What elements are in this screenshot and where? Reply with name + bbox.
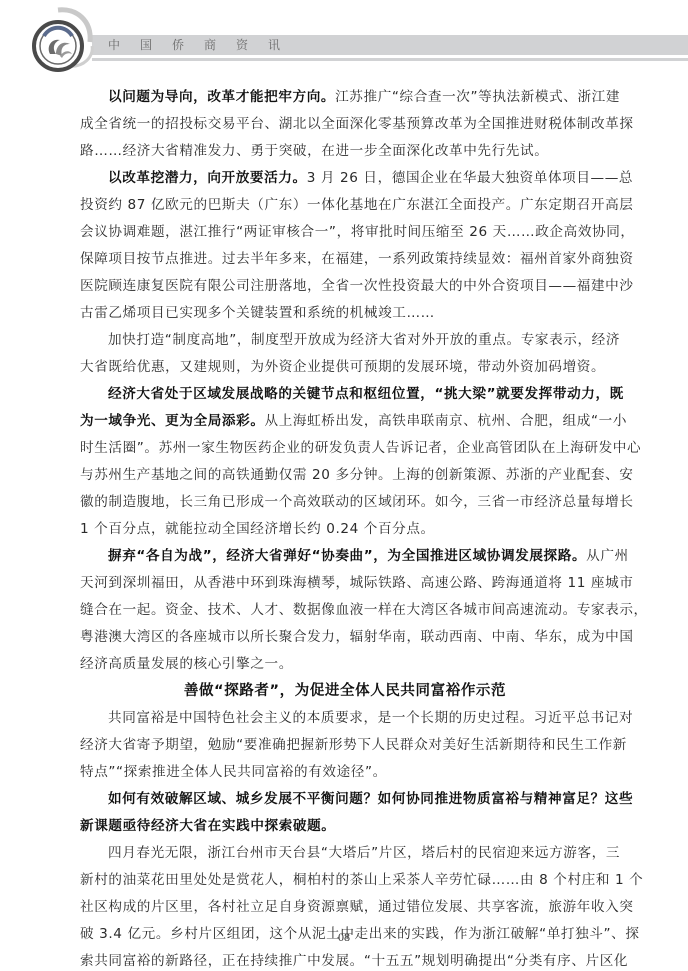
bold-lead-sentence: 以问题为导向，改革才能把牢方向。 (108, 89, 335, 105)
text-line: 医院顾连康复医院有限公司注册落地，全省一次性投资最大的中外合资项目——福建中沙 (80, 273, 610, 300)
body-text: 社区构成的片区里，各村社立足自身资源禀赋，通过错位发展、共享客流，旅游年收入突 (80, 899, 634, 915)
body-text: 会议协调难题，湛江推行“两证审核合一”，将审批时间压缩至 26 天……政企高效协… (80, 224, 635, 240)
text-line: 新课题亟待经济大省在实践中探索破题。 (80, 813, 610, 840)
body-text: 路……经济大省精准发力、勇于突破，在进一步全面深化改革中先行先试。 (80, 143, 548, 159)
body-text: 索共同富裕的新路径，正在持续推广中发展。“十五五”规划明确提出“分类有序、片区化 (80, 953, 628, 969)
text-line: 特点”“探索推进全体人民共同富裕的有效途径”。 (80, 759, 610, 786)
publication-title: 中国侨商资讯 (108, 36, 300, 54)
paragraph: 以问题为导向，改革才能把牢方向。江苏推广“综合查一次”等执法新模式、浙江建成全省… (80, 84, 610, 165)
page-header: 中国侨商资讯 (0, 0, 688, 70)
text-line: 徽的制造腹地，长三角已形成一个高效联动的区域闭环。如今，三省一市经济总量每增长 (80, 489, 610, 516)
text-line: 1 个百分点，就能拉动全国经济增长约 0.24 个百分点。 (80, 516, 610, 543)
body-text: 投资约 87 亿欧元的巴斯夫（广东）一体化基地在广东湛江全面投产。广东定期召开高… (80, 197, 634, 213)
text-line: 成全省统一的招投标交易平台、湖北以全面深化零基预算改革为全国推进财税体制改革探 (80, 111, 610, 138)
paragraph: 如何有效破解区域、城乡发展不平衡问题？如何协同推进物质富裕与精神富足？这些新课题… (80, 786, 610, 840)
text-line: 缝合在一起。资金、技术、人才、数据像血液一样在大湾区各城市间高速流动。专家表示， (80, 597, 610, 624)
body-text: 医院顾连康复医院有限公司注册落地，全省一次性投资最大的中外合资项目——福建中沙 (80, 278, 634, 294)
text-line: 时生活圈”。苏州一家生物医药企业的研发负责人告诉记者，企业高管团队在上海研发中心 (80, 435, 610, 462)
text-line: 经济大省处于区域发展战略的关键节点和枢纽位置，“挑大梁”就要发挥带动力，既 (80, 381, 610, 408)
bold-lead-sentence: 摒弃“各自为战”，经济大省弹好“协奏曲”，为全国推进区域协调发展探路。 (108, 548, 586, 564)
body-text: 江苏推广“综合查一次”等执法新模式、浙江建 (335, 89, 620, 105)
body-text: 四月春光无限，浙江台州市天台县“大塔后”片区，塔后村的民宿迎来远方游客，三 (108, 845, 620, 861)
bold-lead-sentence: 以改革挖潜力，向开放要活力。 (108, 170, 307, 186)
bold-lead-sentence: 为一域争光、更为全局添彩。 (80, 413, 265, 429)
paragraph: 以改革挖潜力，向开放要活力。3 月 26 日，德国企业在华最大独资单体项目——总… (80, 165, 610, 327)
body-text: 徽的制造腹地，长三角已形成一个高效联动的区域闭环。如今，三省一市经济总量每增长 (80, 494, 634, 510)
body-text: 大省既给优惠，又建规则，为外资企业提供可预期的发展环境，带动外资加码增资。 (80, 359, 605, 375)
body-text: 经济高质量发展的核心引擎之一。 (80, 656, 293, 672)
text-line: 经济大省寄予期望，勉励“要准确把握新形势下人民群众对美好生活新期待和民生工作新 (80, 732, 610, 759)
body-text: 加快打造“制度高地”，制度型开放成为经济大省对外开放的重点。专家表示，经济 (108, 332, 620, 348)
text-line: 投资约 87 亿欧元的巴斯夫（广东）一体化基地在广东湛江全面投产。广东定期召开高… (80, 192, 610, 219)
body-text: 经济大省寄予期望，勉励“要准确把握新形势下人民群众对美好生活新期待和民生工作新 (80, 737, 627, 753)
text-line: 四月春光无限，浙江台州市天台县“大塔后”片区，塔后村的民宿迎来远方游客，三 (80, 840, 610, 867)
paragraph: 摒弃“各自为战”，经济大省弹好“协奏曲”，为全国推进区域协调发展探路。从广州天河… (80, 543, 610, 678)
body-text: 保障项目按节点推进。过去半年多来，在福建，一系列政策持续显效：福州首家外商独资 (80, 251, 634, 267)
header-rule (92, 58, 688, 61)
text-line: 保障项目按节点推进。过去半年多来，在福建，一系列政策持续显效：福州首家外商独资 (80, 246, 610, 273)
body-text: 新村的油菜花田里处处是赏花人，桐柏村的茶山上采茶人辛劳忙碌……由 8 个村庄和 … (80, 872, 643, 888)
text-line: 天河到深圳福田，从香港中环到珠海横琴，城际铁路、高速公路、跨海通道将 11 座城… (80, 570, 610, 597)
body-text: 3 月 26 日，德国企业在华最大独资单体项目——总 (307, 170, 633, 186)
paragraph: 四月春光无限，浙江台州市天台县“大塔后”片区，塔后村的民宿迎来远方游客，三新村的… (80, 840, 610, 971)
page-number: 08 (0, 930, 688, 945)
text-line: 大省既给优惠，又建规则，为外资企业提供可预期的发展环境，带动外资加码增资。 (80, 354, 610, 381)
text-line: 古雷乙烯项目已实现多个关键装置和系统的机械竣工…… (80, 300, 610, 327)
text-line: 以改革挖潜力，向开放要活力。3 月 26 日，德国企业在华最大独资单体项目——总 (80, 165, 610, 192)
body-text: 共同富裕是中国特色社会主义的本质要求，是一个长期的历史过程。习近平总书记对 (108, 710, 633, 726)
text-line: 索共同富裕的新路径，正在持续推广中发展。“十五五”规划明确提出“分类有序、片区化 (80, 948, 610, 971)
text-line: 路……经济大省精准发力、勇于突破，在进一步全面深化改革中先行先试。 (80, 138, 610, 165)
body-text: 古雷乙烯项目已实现多个关键装置和系统的机械竣工…… (80, 305, 435, 321)
text-line: 社区构成的片区里，各村社立足自身资源禀赋，通过错位发展、共享客流，旅游年收入突 (80, 894, 610, 921)
bold-lead-sentence: 经济大省处于区域发展战略的关键节点和枢纽位置，“挑大梁”就要发挥带动力，既 (108, 386, 624, 402)
body-text: 从上海虹桥出发，高铁串联南京、杭州、合肥，组成“一小 (265, 413, 627, 429)
body-text: 粤港澳大湾区的各座城市以所长聚合发力，辐射华南，联动西南、中南、华东，成为中国 (80, 629, 634, 645)
body-text: 从广州 (586, 548, 629, 564)
text-line: 会议协调难题，湛江推行“两证审核合一”，将审批时间压缩至 26 天……政企高效协… (80, 219, 610, 246)
body-text: 天河到深圳福田，从香港中环到珠海横琴，城际铁路、高速公路、跨海通道将 11 座城… (80, 575, 634, 591)
body-text: 特点”“探索推进全体人民共同富裕的有效途径”。 (80, 764, 387, 780)
text-line: 粤港澳大湾区的各座城市以所长聚合发力，辐射华南，联动西南、中南、华东，成为中国 (80, 624, 610, 651)
bold-lead-sentence: 新课题亟待经济大省在实践中探索破题。 (80, 818, 336, 834)
text-line: 经济高质量发展的核心引擎之一。 (80, 651, 610, 678)
body-text: 成全省统一的招投标交易平台、湖北以全面深化零基预算改革为全国推进财税体制改革探 (80, 116, 634, 132)
body-text: 缝合在一起。资金、技术、人才、数据像血液一样在大湾区各城市间高速流动。专家表示， (80, 602, 648, 618)
article-body: 以问题为导向，改革才能把牢方向。江苏推广“综合查一次”等执法新模式、浙江建成全省… (80, 84, 610, 971)
text-line: 新村的油菜花田里处处是赏花人，桐柏村的茶山上采茶人辛劳忙碌……由 8 个村庄和 … (80, 867, 610, 894)
bold-lead-sentence: 如何有效破解区域、城乡发展不平衡问题？如何协同推进物质富裕与精神富足？这些 (108, 791, 633, 807)
text-line: 为一域争光、更为全局添彩。从上海虹桥出发，高铁串联南京、杭州、合肥，组成“一小 (80, 408, 610, 435)
section-heading: 善做“探路者”，为促进全体人民共同富裕作示范 (80, 678, 610, 705)
text-line: 如何有效破解区域、城乡发展不平衡问题？如何协同推进物质富裕与精神富足？这些 (80, 786, 610, 813)
text-line: 与苏州生产基地之间的高铁通勤仅需 20 多分钟。上海的创新策源、苏浙的产业配套、… (80, 462, 610, 489)
body-text: 与苏州生产基地之间的高铁通勤仅需 20 多分钟。上海的创新策源、苏浙的产业配套、… (80, 467, 634, 483)
paragraph: 经济大省处于区域发展战略的关键节点和枢纽位置，“挑大梁”就要发挥带动力，既为一域… (80, 381, 610, 543)
paragraph: 共同富裕是中国特色社会主义的本质要求，是一个长期的历史过程。习近平总书记对经济大… (80, 705, 610, 786)
body-text: 时生活圈”。苏州一家生物医药企业的研发负责人告诉记者，企业高管团队在上海研发中心 (80, 440, 641, 456)
paragraph: 加快打造“制度高地”，制度型开放成为经济大省对外开放的重点。专家表示，经济大省既… (80, 327, 610, 381)
text-line: 摒弃“各自为战”，经济大省弹好“协奏曲”，为全国推进区域协调发展探路。从广州 (80, 543, 610, 570)
organization-seal-logo-icon (30, 6, 96, 74)
text-line: 加快打造“制度高地”，制度型开放成为经济大省对外开放的重点。专家表示，经济 (80, 327, 610, 354)
text-line: 共同富裕是中国特色社会主义的本质要求，是一个长期的历史过程。习近平总书记对 (80, 705, 610, 732)
body-text: 1 个百分点，就能拉动全国经济增长约 0.24 个百分点。 (80, 521, 435, 537)
text-line: 以问题为导向，改革才能把牢方向。江苏推广“综合查一次”等执法新模式、浙江建 (80, 84, 610, 111)
